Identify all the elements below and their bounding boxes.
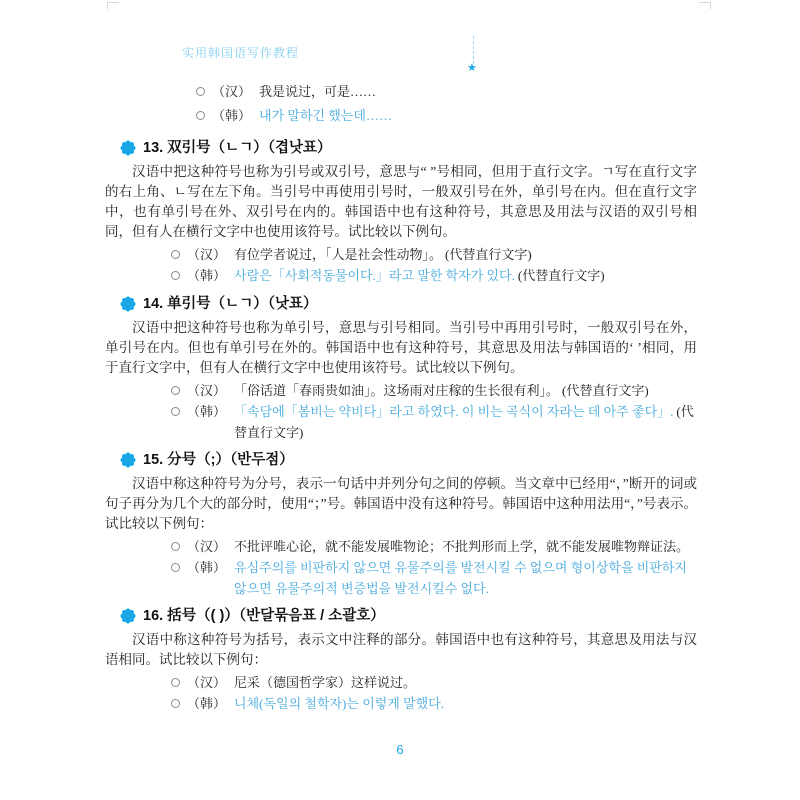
section-16-parentheses: 16. 括号（( )）（반달묶음표 / 소괄호） 汉语中称这种符号为括号，表示文… bbox=[105, 604, 697, 714]
example-row: （韩） 유심주의를 비판하지 않으면 유물주의를 발전시킬 수 없으며 형이상학… bbox=[171, 557, 697, 599]
section-examples: （汉） 不批评唯心论，就不能发展唯物论；不批判形而上学，就不能发展唯物辩证法。 … bbox=[105, 536, 697, 599]
example-text-korean: 「속담에「봄비는 약비다」라고 하였다. 이 비는 곡식이 자라는 데 아주 좋… bbox=[234, 401, 697, 443]
dashed-line-decoration bbox=[473, 36, 474, 64]
example-note: (代替直行文字) bbox=[445, 247, 532, 262]
section-body: 汉语中称这种符号为括号，表示文中注释的部分。韩国语中也有这种符号，其意思及用法与… bbox=[105, 630, 697, 670]
example-lang-label: （韩） bbox=[187, 265, 226, 286]
circle-bullet-icon bbox=[171, 407, 180, 416]
example-row: （汉） 尼采（德国哲学家）这样说过。 bbox=[171, 672, 697, 693]
example-row: （韩） 「속담에「봄비는 약비다」라고 하였다. 이 비는 곡식이 자라는 데 … bbox=[171, 401, 697, 443]
page-content: （汉） 我是说过，可是…… （韩） 내가 말하긴 했는데…… 13. 双引号（ㄴ… bbox=[105, 80, 697, 714]
example-text-chinese: 「俗话道「春雨贵如油」。这场雨对庄稼的生长很有利」。(代替直行文字) bbox=[234, 380, 697, 401]
example-lang-label: （汉） bbox=[187, 244, 226, 265]
section-title: 14. 单引号（ㄴㄱ）（낫표） bbox=[143, 292, 317, 316]
flower-bullet-icon bbox=[120, 140, 136, 156]
example-row: （韩） 니체(독일의 철학자)는 이렇게 말했다. bbox=[171, 693, 697, 714]
example-lang-label: （汉） bbox=[187, 380, 226, 401]
circle-bullet-icon bbox=[171, 386, 180, 395]
section-examples: （汉） 有位学者说过，「人是社会性动物」。(代替直行文字) （韩） 사람은「사회… bbox=[105, 244, 697, 286]
example-row: （韩） 사람은「사회적동물이다.」라고 말한 학자가 있다.(代替直行文字) bbox=[171, 265, 697, 286]
circle-bullet-icon bbox=[171, 699, 180, 708]
section-heading: 14. 单引号（ㄴㄱ）（낫표） bbox=[120, 292, 697, 316]
example-lang-label: （汉） bbox=[212, 80, 251, 104]
example-row: （韩） 내가 말하긴 했는데…… bbox=[196, 104, 697, 128]
example-row: （汉） 不批评唯心论，就不能发展唯物论；不批判形而上学，就不能发展唯物辩证法。 bbox=[171, 536, 697, 557]
circle-bullet-icon bbox=[171, 271, 180, 280]
example-text-korean: 내가 말하긴 했는데…… bbox=[259, 104, 697, 128]
section-title: 16. 括号（( )）（반달묶음표 / 소괄호） bbox=[143, 604, 385, 628]
example-lang-label: （韩） bbox=[187, 401, 226, 422]
example-text-chinese: 有位学者说过，「人是社会性动物」。(代替直行文字) bbox=[234, 244, 697, 265]
section-body: 汉语中把这种符号也称为单引号，意思与引号相同。当引号中再用引号时，一般双引号在外… bbox=[105, 318, 697, 378]
example-text-chinese: 我是说过，可是…… bbox=[259, 80, 697, 104]
star-icon: ★ bbox=[467, 62, 477, 73]
flower-bullet-icon bbox=[120, 608, 136, 624]
section-heading: 15. 分号（;）（반두점） bbox=[120, 448, 697, 472]
example-text-chinese: 不批评唯心论，就不能发展唯物论；不批判形而上学，就不能发展唯物辩证法。 bbox=[234, 536, 697, 557]
circle-bullet-icon bbox=[171, 563, 180, 572]
flower-bullet-icon bbox=[120, 452, 136, 468]
example-lang-label: （汉） bbox=[187, 672, 226, 693]
example-note: (代替直行文字) bbox=[518, 268, 605, 283]
section-examples: （汉） 尼采（德国哲学家）这样说过。 （韩） 니체(독일의 철학자)는 이렇게 … bbox=[105, 672, 697, 714]
example-row: （汉） 有位学者说过，「人是社会性动物」。(代替直行文字) bbox=[171, 244, 697, 265]
section-heading: 13. 双引号（ㄴㄱ）（겹낫표） bbox=[120, 136, 697, 160]
circle-bullet-icon bbox=[171, 678, 180, 687]
section-13-double-quotes: 13. 双引号（ㄴㄱ）（겹낫표） 汉语中把这种符号也称为引号或双引号，意思与“ … bbox=[105, 136, 697, 286]
crop-mark-top-left bbox=[107, 2, 119, 9]
flower-bullet-icon bbox=[120, 296, 136, 312]
section-body: 汉语中称这种符号为分号，表示一句话中并列分句之间的停顿。当文章中已经用“，”断开… bbox=[105, 474, 697, 534]
circle-bullet-icon bbox=[196, 111, 205, 120]
intro-examples: （汉） 我是说过，可是…… （韩） 내가 말하긴 했는데…… bbox=[105, 80, 697, 128]
section-heading: 16. 括号（( )）（반달묶음표 / 소괄호） bbox=[120, 604, 697, 628]
page-number: 6 bbox=[0, 742, 800, 757]
example-note: (代替直行文字) bbox=[562, 383, 649, 398]
section-body: 汉语中把这种符号也称为引号或双引号，意思与“ ”号相同，但用于直行文字。ㄱ写在直… bbox=[105, 162, 697, 242]
example-lang-label: （韩） bbox=[187, 693, 226, 714]
circle-bullet-icon bbox=[171, 250, 180, 259]
example-row: （汉） 我是说过，可是…… bbox=[196, 80, 697, 104]
example-text-korean: 니체(독일의 철학자)는 이렇게 말했다. bbox=[234, 693, 697, 714]
example-row: （汉） 「俗话道「春雨贵如油」。这场雨对庄稼的生长很有利」。(代替直行文字) bbox=[171, 380, 697, 401]
example-text-chinese: 尼采（德国哲学家）这样说过。 bbox=[234, 672, 697, 693]
section-examples: （汉） 「俗话道「春雨贵如油」。这场雨对庄稼的生长很有利」。(代替直行文字) （… bbox=[105, 380, 697, 443]
example-text-korean: 유심주의를 비판하지 않으면 유물주의를 발전시킬 수 없으며 형이상학을 비판… bbox=[234, 557, 697, 599]
circle-bullet-icon bbox=[196, 87, 205, 96]
example-text-korean: 사람은「사회적동물이다.」라고 말한 학자가 있다.(代替直行文字) bbox=[234, 265, 697, 286]
section-15-semicolon: 15. 分号（;）（반두점） 汉语中称这种符号为分号，表示一句话中并列分句之间的… bbox=[105, 448, 697, 599]
example-lang-label: （韩） bbox=[187, 557, 226, 578]
example-lang-label: （韩） bbox=[212, 104, 251, 128]
section-title: 15. 分号（;）（반두점） bbox=[143, 448, 294, 472]
section-title: 13. 双引号（ㄴㄱ）（겹낫표） bbox=[143, 136, 331, 160]
book-title: 实用韩国语写作教程 bbox=[182, 46, 299, 60]
example-lang-label: （汉） bbox=[187, 536, 226, 557]
circle-bullet-icon bbox=[171, 542, 180, 551]
running-head: 实用韩国语写作教程 ★ bbox=[182, 44, 299, 74]
crop-mark-top-right bbox=[699, 2, 711, 9]
section-14-single-quotes: 14. 单引号（ㄴㄱ）（낫표） 汉语中把这种符号也称为单引号，意思与引号相同。当… bbox=[105, 292, 697, 443]
